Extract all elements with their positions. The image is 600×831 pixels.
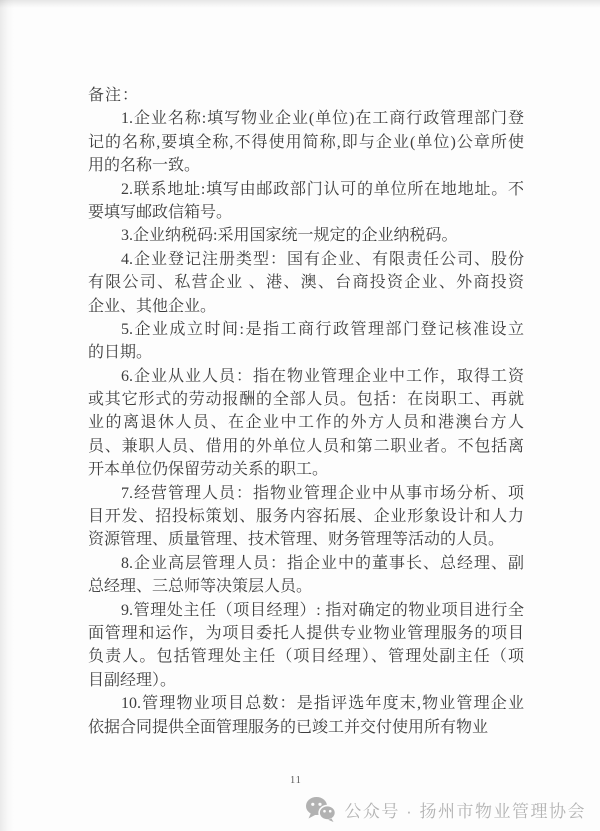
note-paragraph-line: 1.企业名称:填写物业企业(单位)在工商行政管理部门登 (88, 107, 524, 130)
note-paragraph-line: 6.企业从业人员：指在物业管理企业中工作，取得工资 (88, 365, 524, 388)
note-paragraph-line: 企业、其他企业。 (88, 295, 524, 318)
note-paragraph-line: 8.企业高层管理人员：指企业中的董事长、总经理、副 (88, 552, 524, 575)
scanned-document-page: 备注： 1.企业名称:填写物业企业(单位)在工商行政管理部门登记的名称,要填全称… (0, 0, 600, 831)
note-paragraph-line: 有限公司、私营企业 、港、澳、台商投资企业、外商投资 (88, 271, 524, 294)
note-paragraph-line: 负责人。包括管理处主任（项目经理）、管理处副主任（项 (88, 645, 524, 668)
note-paragraph-line: 或其它形式的劳动报酬的全部人员。包括：在岗职工、再就 (88, 388, 524, 411)
notes-heading: 备注： (88, 84, 524, 107)
note-paragraph-line: 员、兼职人员、借用的外单位人员和第二职业者。不包括离 (88, 435, 524, 458)
wechat-icon (305, 796, 336, 822)
note-paragraph-line: 业的离退休人员、在企业中工作的外方人员和港澳台方人 (88, 411, 524, 434)
notes-section: 备注： 1.企业名称:填写物业企业(单位)在工商行政管理部门登记的名称,要填全称… (88, 84, 524, 739)
note-paragraph-line: 面管理和运作，为项目委托人提供专业物业管理服务的项目 (88, 622, 524, 645)
note-paragraph-line: 3.企业纳税码:采用国家统一规定的企业纳税码。 (88, 224, 524, 247)
note-paragraph-line: 要填写邮政信箱号。 (88, 201, 524, 224)
note-paragraph-line: 5.企业成立时间:是指工商行政管理部门登记核准设立 (88, 318, 524, 341)
watermark-text: 公众号 · 扬州市物业管理协会 (344, 797, 586, 822)
note-paragraph-line: 9.管理处主任（项目经理）: 指对确定的物业项目进行全 (88, 599, 524, 622)
note-paragraph-line: 记的名称,要填全称,不得使用简称,即与企业(单位)公章所使 (88, 131, 524, 154)
note-paragraph-line: 7.经营管理人员：指物业管理企业中从事市场分析、项 (88, 482, 524, 505)
notes-body: 1.企业名称:填写物业企业(单位)在工商行政管理部门登记的名称,要填全称,不得使… (88, 107, 524, 739)
note-paragraph-line: 目副经理）。 (88, 669, 524, 692)
note-paragraph-line: 依据合同提供全面管理服务的已竣工并交付使用所有物业 (88, 716, 524, 739)
note-paragraph-line: 用的名称一致。 (88, 154, 524, 177)
note-paragraph-line: 开本单位仍保留劳动关系的职工。 (88, 458, 524, 481)
note-paragraph-line: 2.联系地址:填写由邮政部门认可的单位所在地地址。不 (88, 178, 524, 201)
watermark-footer: 公众号 · 扬州市物业管理协会 (305, 796, 586, 822)
note-paragraph-line: 资源管理、质量管理、技术管理、财务管理等活动的人员。 (88, 528, 524, 551)
note-paragraph-line: 目开发、招投标策划、服务内容拓展、企业形象设计和人力 (88, 505, 524, 528)
note-paragraph-line: 10.管理物业项目总数：是指评选年度末,物业管理企业 (88, 692, 524, 715)
page-number: 11 (0, 775, 592, 786)
note-paragraph-line: 4.企业登记注册类型：国有企业、有限责任公司、股份 (88, 248, 524, 271)
note-paragraph-line: 的日期。 (88, 341, 524, 364)
note-paragraph-line: 总经理、三总师等决策层人员。 (88, 575, 524, 598)
